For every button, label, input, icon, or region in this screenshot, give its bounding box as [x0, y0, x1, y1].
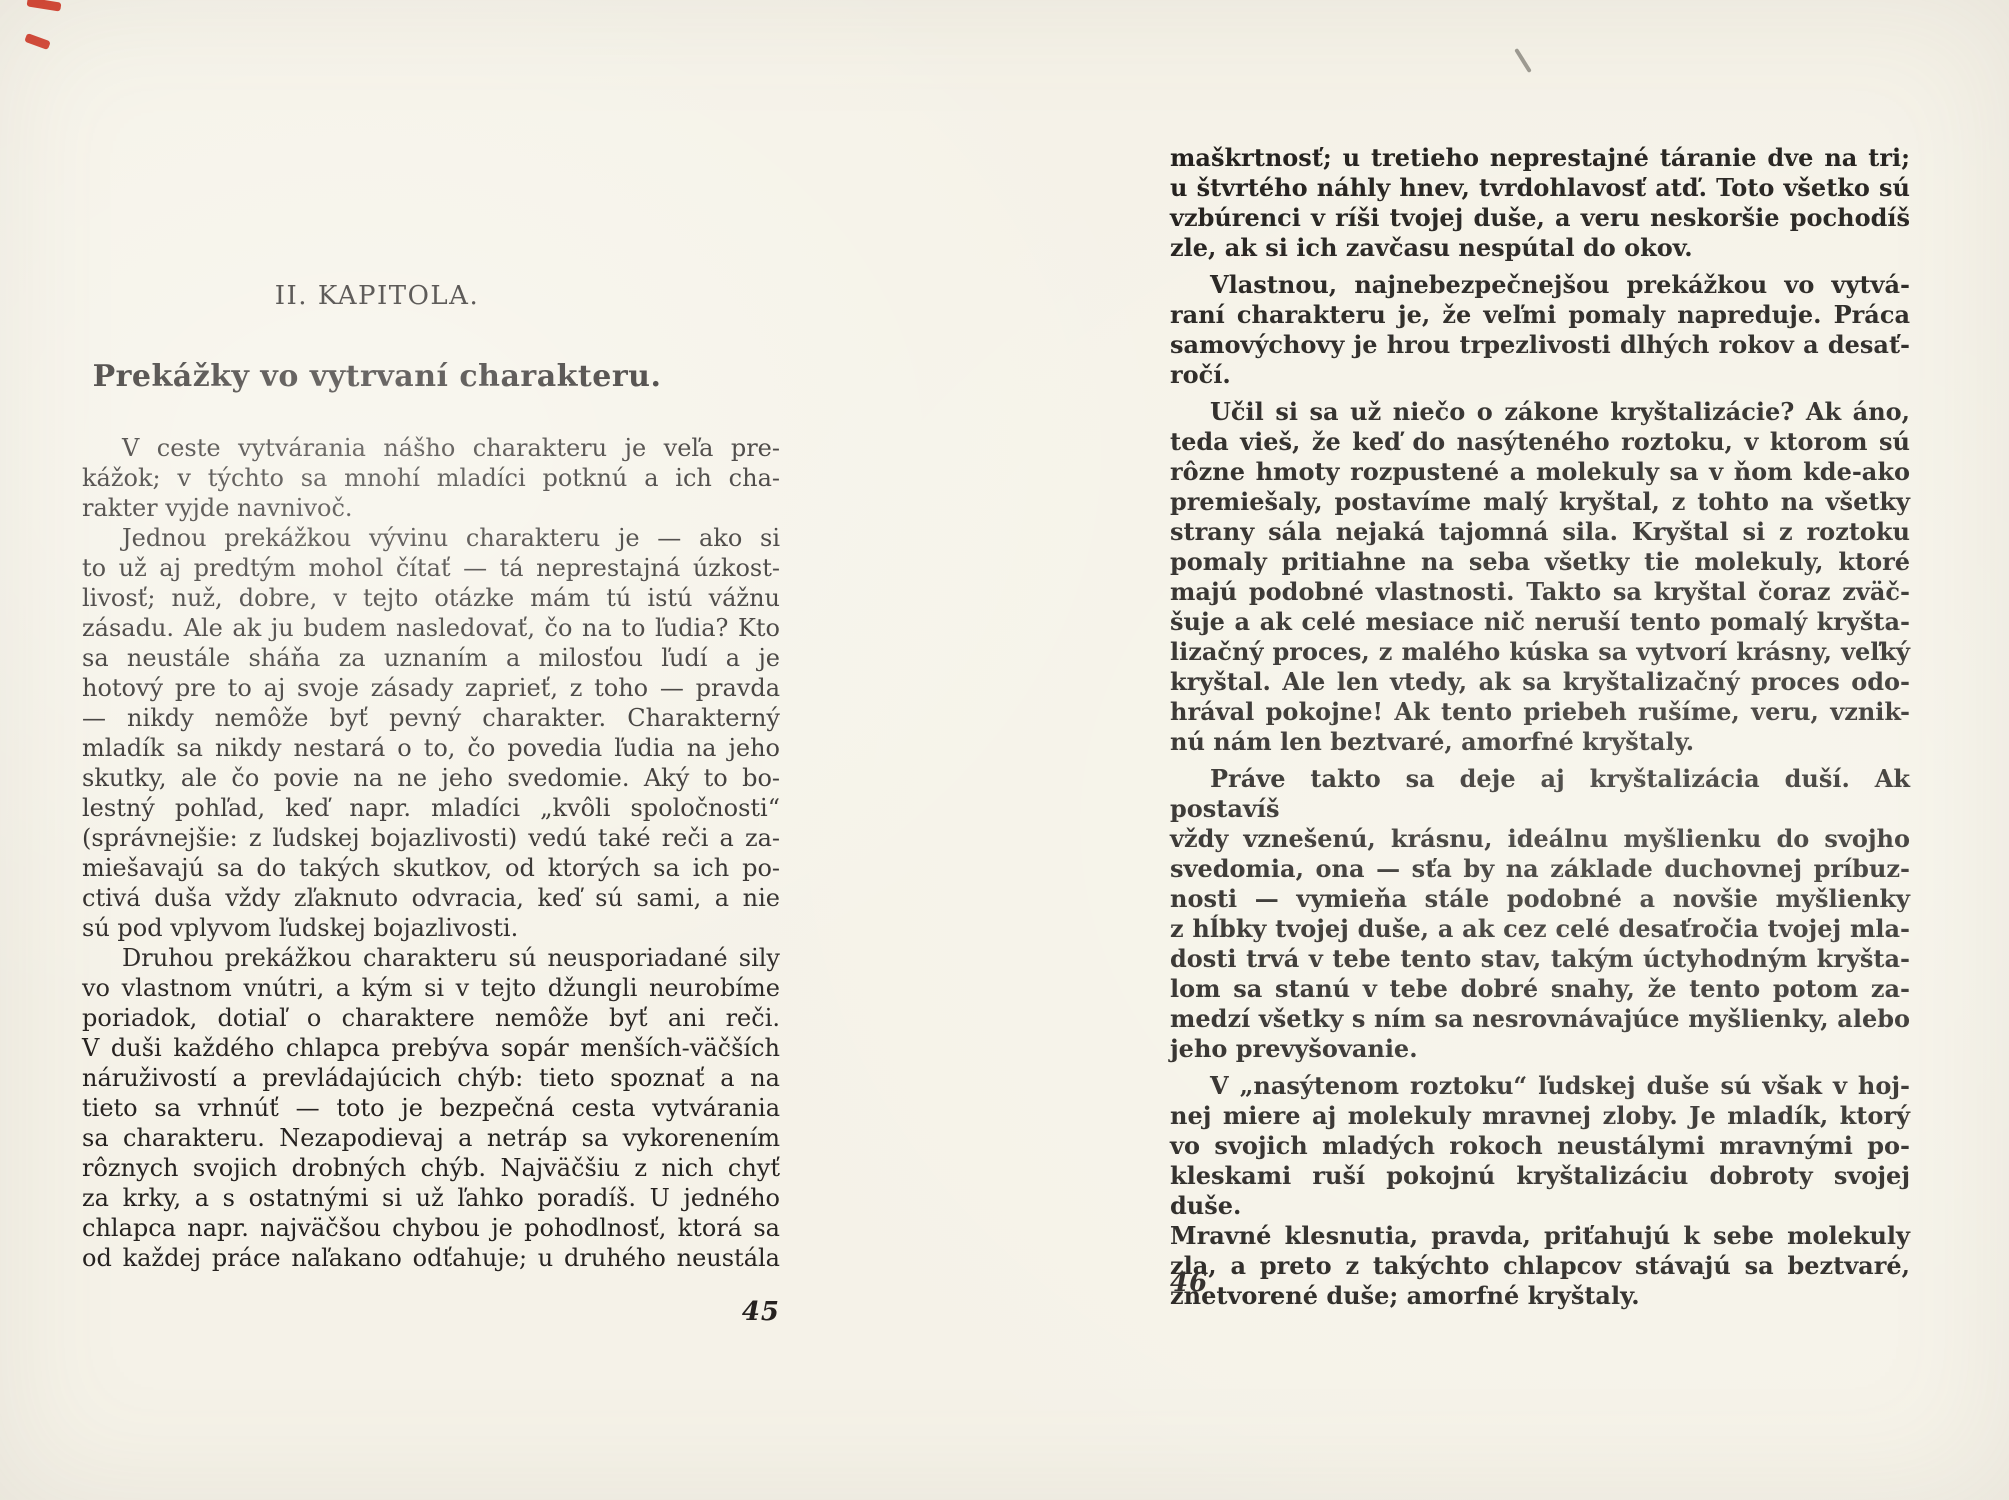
text-line: vo vlastnom vnútri, a kým si v tejto džu…: [82, 973, 780, 1003]
text-line: Mravné klesnutia, pravda, priťahujú k se…: [1170, 1221, 1910, 1251]
text-line: V „nasýtenom roztoku“ ľudskej duše sú vš…: [1170, 1071, 1910, 1101]
text-line: poriadok, dotiaľ o charaktere nemôže byť…: [82, 1003, 780, 1033]
book-scan-surface: II. KAPITOLA. Prekážky vo vytrvaní chara…: [0, 0, 2009, 1500]
text-line: nej miere aj molekuly mravnej zloby. Je …: [1170, 1101, 1910, 1131]
left-page: II. KAPITOLA. Prekážky vo vytrvaní chara…: [82, 0, 780, 1500]
text-line: zle, ak si ich zavčasu nespútal do okov.: [1170, 233, 1910, 263]
text-line: šuje a ak celé mesiace nič neruší tento …: [1170, 607, 1910, 637]
text-line: sú pod vplyvom ľudskej bojazlivosti.: [82, 913, 780, 943]
text-line: nú nám len beztvaré, amorfné kryštaly.: [1170, 727, 1910, 757]
text-line: medzí všetky s ním sa nesrovnávajúce myš…: [1170, 1004, 1910, 1034]
text-line: svedomia, ona — sťa by na základe duchov…: [1170, 854, 1910, 884]
paragraph: Druhou prekážkou charakteru sú neusporia…: [82, 943, 780, 1273]
text-line: ctivá duša vždy zľaknuto odvracia, keď s…: [82, 883, 780, 913]
text-line: Vlastnou, najnebezpečnejšou prekážkou vo…: [1170, 270, 1910, 300]
text-line: u štvrtého náhly hnev, tvrdohlavosť atď.…: [1170, 173, 1910, 203]
text-line: z hĺbky tvojej duše, a ak cez celé desať…: [1170, 914, 1910, 944]
text-line: kryštal. Ale len vtedy, ak sa kryštaliza…: [1170, 667, 1910, 697]
text-line: rôzne hmoty rozpustené a molekuly sa v ň…: [1170, 457, 1910, 487]
chapter-heading: II. KAPITOLA.: [82, 281, 672, 311]
text-line: hotový pre to aj svoje zásady zaprieť, z…: [82, 673, 780, 703]
text-line: majú podobné vlastnosti. Takto sa kryšta…: [1170, 577, 1910, 607]
text-line: raní charakteru je, že veľmi pomaly napr…: [1170, 300, 1910, 330]
text-line: rôznych svojich drobných chýb. Najväčšiu…: [82, 1153, 780, 1183]
paragraph: Jednou prekážkou vývinu charakteru je — …: [82, 523, 780, 943]
text-line: vždy vznešenú, krásnu, ideálnu myšlienku…: [1170, 824, 1910, 854]
right-text-column: maškrtnosť; u tretieho neprestajné táran…: [1170, 143, 1910, 1311]
red-pen-mark: [24, 33, 51, 50]
text-line: premiešaly, postavíme malý kryštal, z to…: [1170, 487, 1910, 517]
text-line: nosti — vymieňa stále podobné a novšie m…: [1170, 884, 1910, 914]
text-line: Druhou prekážkou charakteru sú neusporia…: [82, 943, 780, 973]
text-line: od každej práce naľakano odťahuje; u dru…: [82, 1243, 780, 1273]
text-line: jeho prevyšovanie.: [1170, 1034, 1910, 1064]
paragraph: Učil si sa už niečo o zákone kryštalizác…: [1170, 397, 1910, 757]
text-line: to už aj predtým mohol čítať — tá nepres…: [82, 553, 780, 583]
page-number: 45: [742, 1297, 780, 1327]
red-pen-mark: [27, 0, 62, 12]
page-title: Prekážky vo vytrvaní charakteru.: [82, 359, 672, 394]
text-line: rakter vyjde navnivoč.: [82, 493, 780, 523]
text-line: strany sála nejaká tajomná sila. Kryštal…: [1170, 517, 1910, 547]
text-line: Učil si sa už niečo o zákone kryštalizác…: [1170, 397, 1910, 427]
text-line: maškrtnosť; u tretieho neprestajné táran…: [1170, 143, 1910, 173]
paragraph: Práve takto sa deje aj kryštalizácia duš…: [1170, 764, 1910, 1064]
right-page: maškrtnosť; u tretieho neprestajné táran…: [1170, 0, 1910, 1500]
text-line: tieto sa vrhnúť — toto je bezpečná cesta…: [82, 1093, 780, 1123]
text-line: vo svojich mladých rokoch neustálymi mra…: [1170, 1131, 1910, 1161]
text-line: pomaly pritiahne na seba všetky tie mole…: [1170, 547, 1910, 577]
text-line: hrával pokojne! Ak tento priebeh rušíme,…: [1170, 697, 1910, 727]
text-line: miešavajú sa do takých skutkov, od ktorý…: [82, 853, 780, 883]
text-line: (správnejšie: z ľudskej bojazlivosti) ve…: [82, 823, 780, 853]
text-line: V ceste vytvárania nášho charakteru je v…: [82, 433, 780, 463]
text-line: dosti trvá v tebe tento stav, takým úcty…: [1170, 944, 1910, 974]
text-line: lestný pohľad, keď napr. mladíci „kvôli …: [82, 793, 780, 823]
text-line: skutky, ale čo povie na ne jeho svedomie…: [82, 763, 780, 793]
text-line: Práve takto sa deje aj kryštalizácia duš…: [1170, 764, 1910, 824]
left-text-column: V ceste vytvárania nášho charakteru je v…: [82, 433, 780, 1273]
text-line: sa charakteru. Nezapodievaj a netráp sa …: [82, 1123, 780, 1153]
text-line: chlapca napr. najväčšou chybou je pohodl…: [82, 1213, 780, 1243]
paragraph: V „nasýtenom roztoku“ ľudskej duše sú vš…: [1170, 1071, 1910, 1311]
text-line: zásadu. Ale ak ju budem nasledovať, čo n…: [82, 613, 780, 643]
text-line: V duši každého chlapca prebýva sopár men…: [82, 1033, 780, 1063]
text-line: lom sa stanú v tebe dobré snahy, že tent…: [1170, 974, 1910, 1004]
text-line: kážok; v týchto sa mnohí mladíci potknú …: [82, 463, 780, 493]
text-line: — nikdy nemôže byť pevný charakter. Char…: [82, 703, 780, 733]
text-line: ročí.: [1170, 360, 1910, 390]
text-line: znetvorené duše; amorfné kryštaly.: [1170, 1281, 1910, 1311]
text-line: samovýchovy je hrou trpezlivosti dlhých …: [1170, 330, 1910, 360]
paragraph: Vlastnou, najnebezpečnejšou prekážkou vo…: [1170, 270, 1910, 390]
text-line: sa neustále sháňa za uznaním a milosťou …: [82, 643, 780, 673]
paragraph: maškrtnosť; u tretieho neprestajné táran…: [1170, 143, 1910, 263]
text-line: náruživostí a prevládajúcich chýb: tieto…: [82, 1063, 780, 1093]
text-line: Jednou prekážkou vývinu charakteru je — …: [82, 523, 780, 553]
text-line: kleskami ruší pokojnú kryštalizáciu dobr…: [1170, 1161, 1910, 1221]
text-line: za krky, a s ostatnými si už ľahko porad…: [82, 1183, 780, 1213]
text-line: livosť; nuž, dobre, v tejto otázke mám t…: [82, 583, 780, 613]
text-line: vzbúrenci v ríši tvojej duše, a veru nes…: [1170, 203, 1910, 233]
text-line: mladík sa nikdy nestará o to, čo povedia…: [82, 733, 780, 763]
text-line: teda vieš, že keď do nasýteného roztoku,…: [1170, 427, 1910, 457]
text-line: lizačný proces, z malého kúska sa vytvor…: [1170, 637, 1910, 667]
text-line: zla, a preto z takýchto chlapcov stávajú…: [1170, 1251, 1910, 1281]
paragraph: V ceste vytvárania nášho charakteru je v…: [82, 433, 780, 523]
page-number: 46: [1170, 1268, 1208, 1298]
